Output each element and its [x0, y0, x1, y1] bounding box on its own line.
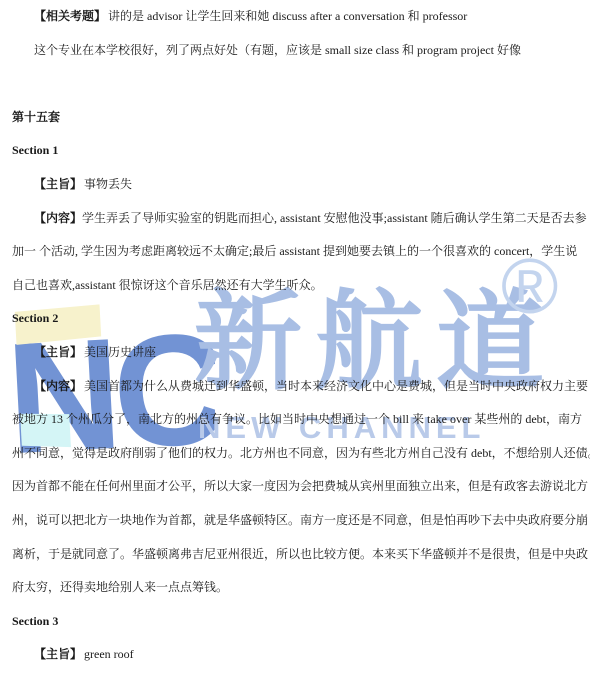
section-2-content-line-5: 州，说可以把北方一块地作为首都，就是华盛顿特区。南方一度还是不同意，但是怕再吵下…: [12, 504, 578, 538]
section-2-content-text-1: 美国首都为什么从费城迁到华盛顿，当时本来经济文化中心是费城，但是当时中央政府权力…: [84, 379, 588, 393]
section-2-title: Section 2: [12, 302, 578, 336]
section-1-topic: 【主旨】事物丢失: [12, 168, 578, 202]
section-2-topic-label: 【主旨】: [34, 345, 82, 359]
related-question-text-1: 讲的是 advisor 让学生回来和她 discuss after a conv…: [108, 9, 467, 23]
section-1-topic-text: 事物丢失: [84, 177, 132, 191]
section-3-topic-label: 【主旨】: [34, 647, 82, 661]
section-3-title: Section 3: [12, 605, 578, 639]
blank-line: [12, 67, 578, 101]
document-content: 【相关考题】讲的是 advisor 让学生回来和她 discuss after …: [0, 0, 590, 680]
related-question-line-2: 这个专业在本学校很好，列了两点好处（有题，应该是 small size clas…: [12, 34, 578, 68]
document-page: NC 新航道 NEW CHANNEL ® 【相关考题】讲的是 advisor 让…: [0, 0, 590, 680]
section-1-topic-label: 【主旨】: [34, 177, 82, 191]
section-1-content-label: 【内容】: [34, 211, 82, 225]
section-2-content-line-4: 因为首都不能在任何州里面才公平，所以大家一度因为会把费城从宾州里面独立出来，但是…: [12, 470, 578, 504]
section-1-content-text-1: 学生弄丢了导师实验室的钥匙而担心, assistant 安慰他没事;assist…: [82, 211, 587, 225]
section-2-content-line-1: 【内容】美国首都为什么从费城迁到华盛顿，当时本来经济文化中心是费城，但是当时中央…: [12, 370, 578, 404]
section-3-topic-text: green roof: [84, 647, 134, 661]
section-2-topic-text: 美国历史讲座: [84, 345, 156, 359]
related-question-line-1: 【相关考题】讲的是 advisor 让学生回来和她 discuss after …: [12, 0, 578, 34]
section-1-title: Section 1: [12, 134, 578, 168]
section-1-content-line-2: 加一 个活动, 学生因为考虑距离较远不太确定;最后 assistant 提到她要…: [12, 235, 578, 269]
section-2-content-line-6: 离析，于是就同意了。华盛顿离弗吉尼亚州很近，所以也比较方便。本来买下华盛顿并不是…: [12, 538, 578, 572]
section-2-topic: 【主旨】美国历史讲座: [12, 336, 578, 370]
section-2-content-line-2: 被地方 13 个州瓜分了，南北方的州总有争议。比如当时中央想通过一个 bill …: [12, 403, 578, 437]
set-title: 第十五套: [12, 101, 578, 135]
section-1-content-line-3: 自己也喜欢,assistant 很惊讶这个音乐居然还有大学生听众。: [12, 269, 578, 303]
section-2-content-line-7: 府太穷，还得卖地给别人来一点点筹钱。: [12, 571, 578, 605]
section-2-content-label: 【内容】: [34, 379, 82, 393]
section-3-topic: 【主旨】green roof: [12, 638, 578, 672]
section-1-content-line-1: 【内容】学生弄丢了导师实验室的钥匙而担心, assistant 安慰他没事;as…: [12, 202, 578, 236]
related-question-label: 【相关考题】: [34, 9, 106, 23]
section-2-content-line-3: 州不同意，觉得是政府削弱了他们的权力。北方州也不同意，因为有些北方州自己没有 d…: [12, 437, 578, 471]
